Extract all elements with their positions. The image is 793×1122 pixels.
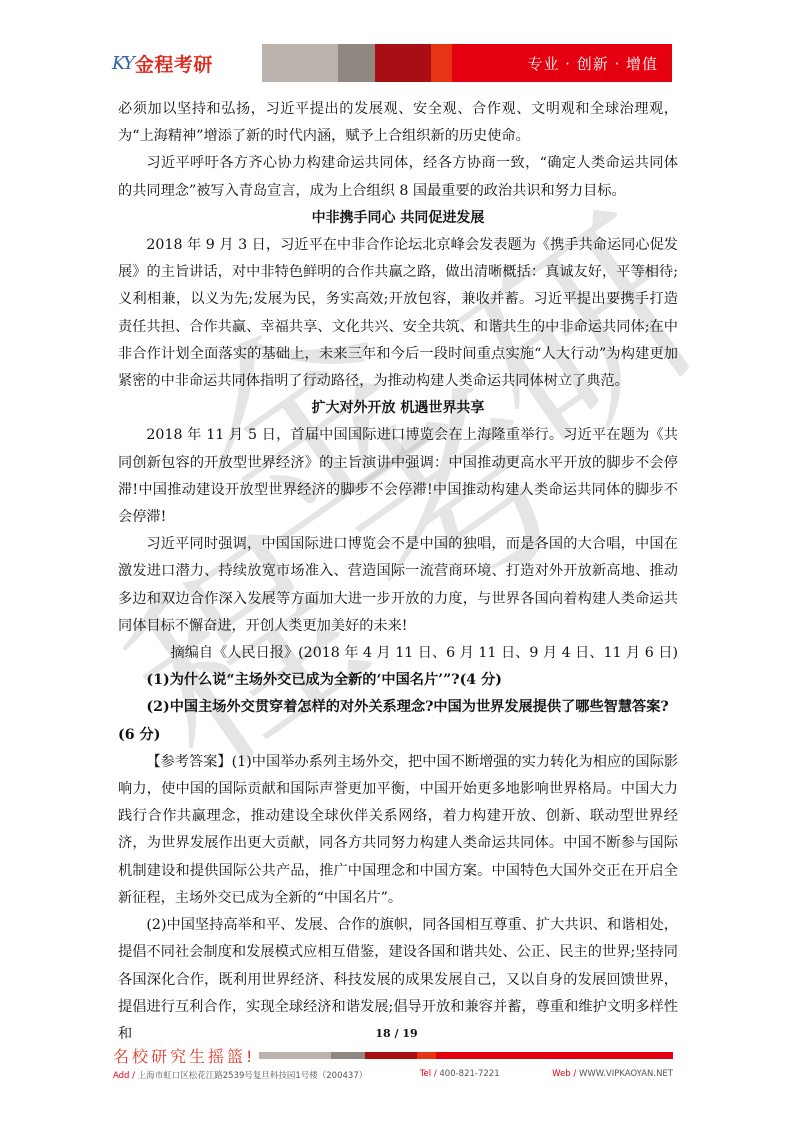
brand-name: 金程考研 [135, 50, 213, 77]
footer-address: Add / 上海市虹口区松花江路2539号复旦科技园1号楼（200437） [113, 1069, 367, 1081]
paragraph: 必须加以坚持和弘扬，习近平提出的发展观、安全观、合作观、文明观和全球治理观，为“… [118, 96, 678, 150]
header-band-dark-red [375, 44, 431, 82]
header-band-dark-grey [338, 44, 375, 82]
web-value: WWW.VIPKAOYAN.NET [579, 1069, 673, 1079]
footer-tel: Tel / 400-821-7221 [420, 1069, 500, 1081]
answer-1: 【参考答案】(1)中国举办系列主场外交，把中国不断增强的实力转化为相应的国际影响… [118, 749, 678, 912]
header-slogan: 专业 · 创新 · 增值 [527, 53, 658, 74]
paragraph: 2018 年 9 月 3 日，习近平在中非合作论坛北京峰会发表题为《携手共命运同… [118, 232, 678, 395]
footer-band-dark-grey [331, 1052, 365, 1059]
footer-slogan: 名校研究生摇篮! [113, 1044, 255, 1067]
paragraph: 习近平呼吁各方齐心协力构建命运共同体，经各方协商一致，“确定人类命运共同体的共同… [118, 150, 678, 204]
section-heading: 中非携手同心 共同促进发展 [118, 205, 678, 232]
page-footer: 名校研究生摇篮! Add / 上海市虹口区松花江路2539号复旦科技园1号楼（2… [113, 1045, 673, 1081]
question-1: (1)为什么说“主场外交已成为全新的‘中国名片’”?(4 分) [118, 667, 678, 694]
web-label: Web / [552, 1069, 576, 1079]
document-body: 必须加以坚持和弘扬，习近平提出的发展观、安全观、合作观、文明观和全球治理观，为“… [118, 96, 678, 1048]
footer-web: Web / WWW.VIPKAOYAN.NET [552, 1069, 673, 1081]
tel-label: Tel / [420, 1069, 437, 1079]
footer-band-red [436, 1052, 673, 1059]
address-label: Add / [113, 1071, 135, 1081]
page-number: 18 / 19 [0, 1027, 793, 1040]
section-heading: 扩大对外开放 机遇世界共享 [118, 395, 678, 422]
footer-band-orange [417, 1052, 436, 1059]
header-band-light-grey [262, 44, 338, 82]
source-citation: 摘编自《人民日报》(2018 年 4 月 11 日、6 月 11 日、9 月 4… [118, 640, 678, 667]
header-band-orange [431, 44, 452, 82]
brand-logo: KY 金程考研 [112, 44, 262, 82]
ky-logo-icon: KY [112, 53, 133, 74]
header-band-red: 专业 · 创新 · 增值 [452, 44, 672, 82]
footer-band-light-grey [259, 1052, 331, 1059]
question-2: (2)中国主场外交贯穿着怎样的对外关系理念?中国为世界发展提供了哪些智慧答案?(… [118, 694, 678, 748]
paragraph: 2018 年 11 月 5 日，首届中国国际进口博览会在上海隆重举行。习近平在题… [118, 422, 678, 531]
footer-band-dark-red [365, 1052, 417, 1059]
page-header-banner: KY 金程考研 专业 · 创新 · 增值 [112, 44, 672, 82]
address-value: 上海市虹口区松花江路2539号复旦科技园1号楼（200437） [138, 1071, 368, 1081]
tel-value: 400-821-7221 [439, 1069, 499, 1079]
paragraph: 习近平同时强调，中国国际进口博览会不是中国的独唱，而是各国的大合唱，中国在激发进… [118, 531, 678, 640]
